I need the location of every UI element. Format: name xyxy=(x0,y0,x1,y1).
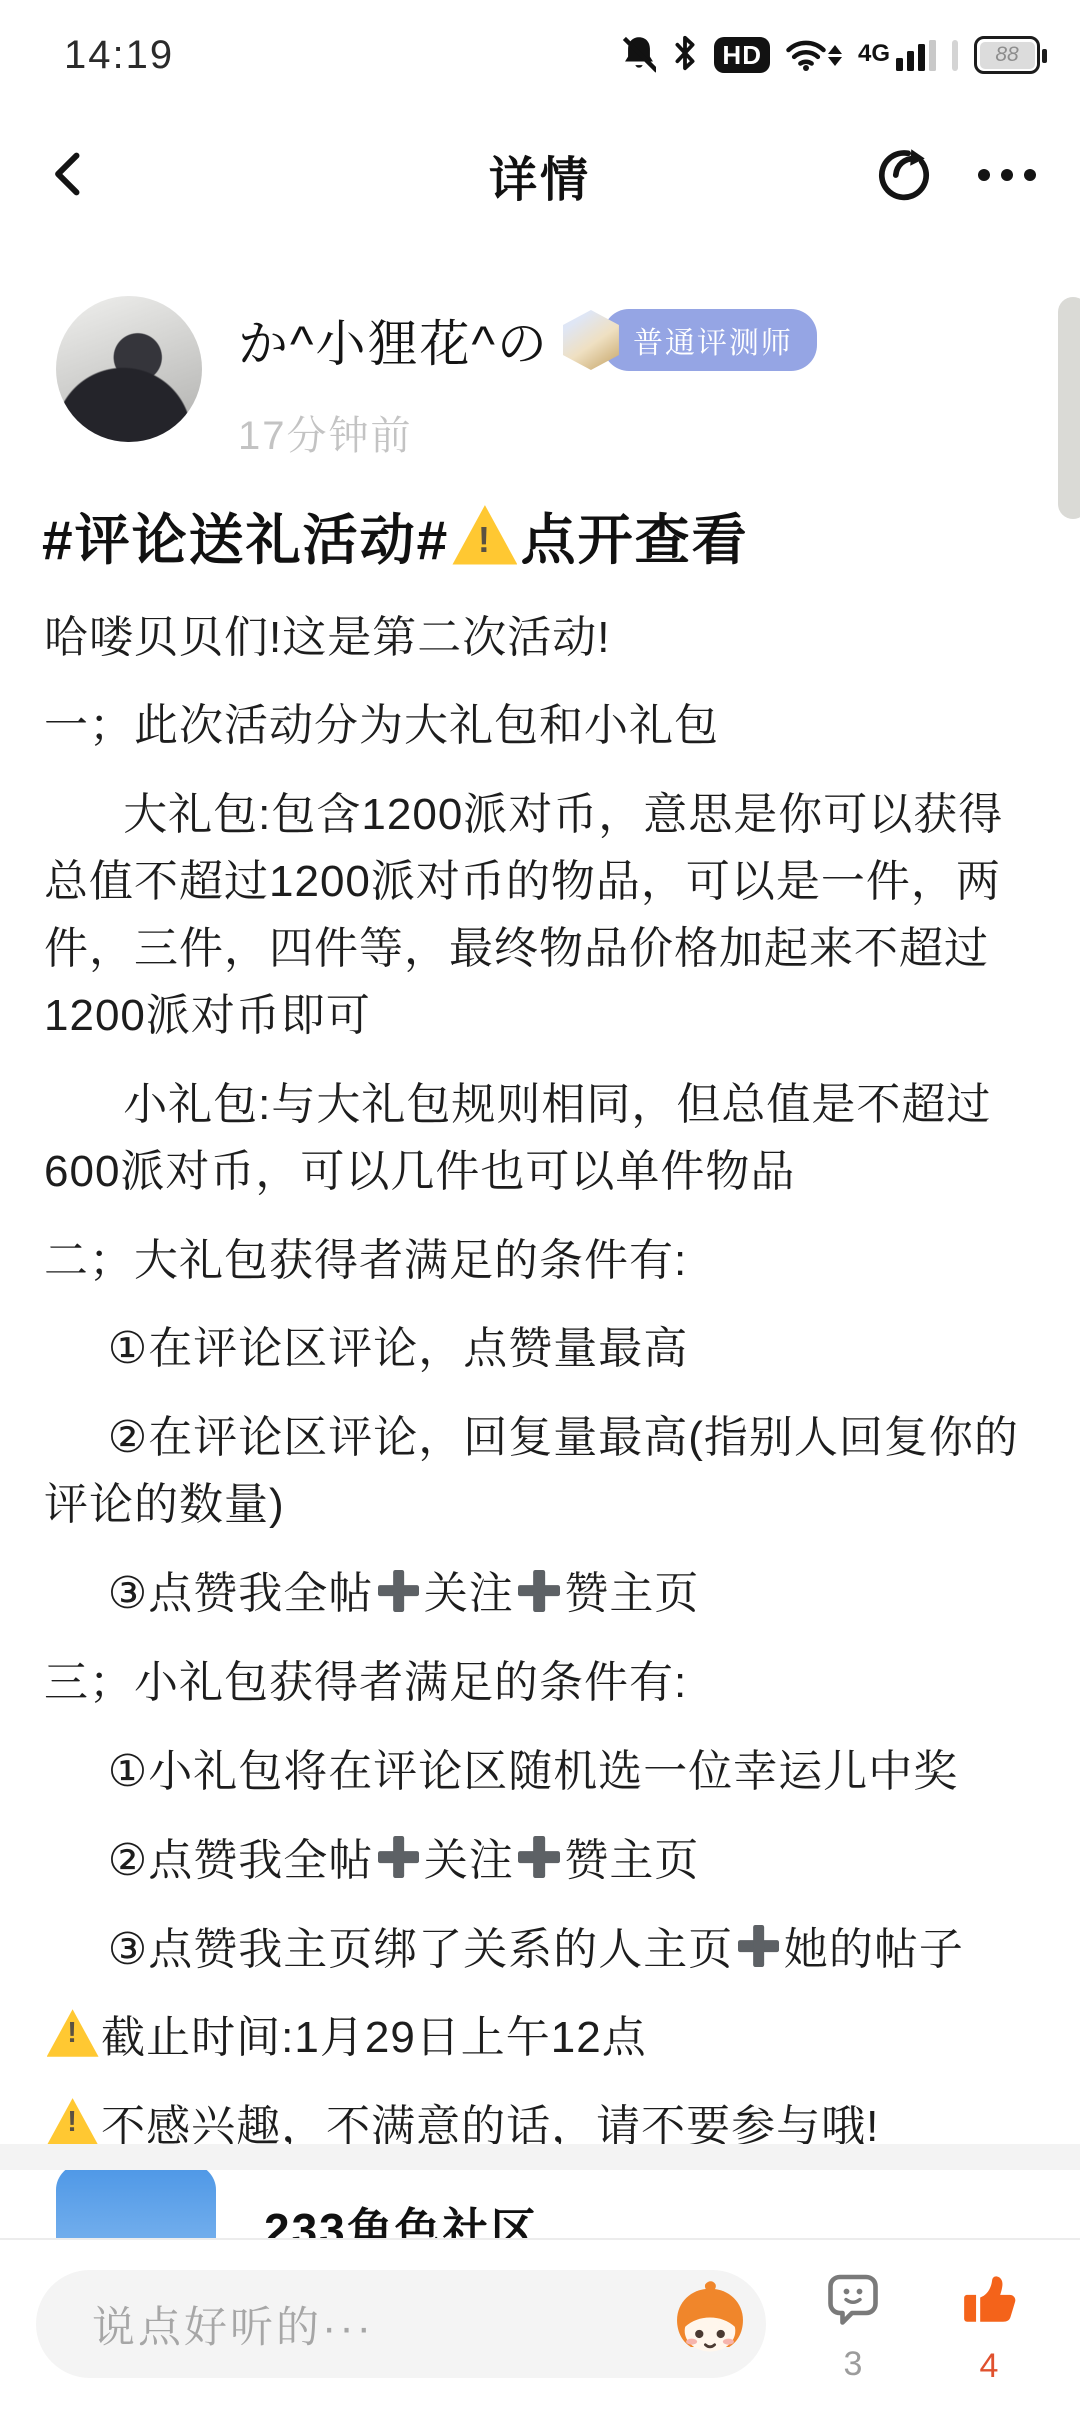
post-paragraph: 二；大礼包获得者满足的条件有: xyxy=(44,1228,1036,1295)
text-segment: ③点赞我主页绑了关系的人主页 xyxy=(108,1925,733,1974)
like-button[interactable]: 4 xyxy=(934,2270,1044,2386)
comment-count: 3 xyxy=(844,2345,863,2384)
comment-input[interactable]: 说点好听的··· xyxy=(36,2270,766,2378)
warning-icon xyxy=(47,2009,99,2057)
comment-bar: 说点好听的··· xyxy=(0,2238,1080,2412)
page-content: 14:19 HD xyxy=(0,0,1080,2144)
post-paragraph: ②点赞我全帖关注赞主页 xyxy=(44,1828,1036,1895)
text-segment: ②点赞我全帖 xyxy=(108,1836,373,1885)
text-segment: 小礼包:与大礼包规则相同，但总值是不超过600派对币，可以几件也可以单件物品 xyxy=(44,1080,991,1196)
notifications-off-icon xyxy=(622,33,656,78)
post-paragraph: ①小礼包将在评论区随机选一位幸运儿中奖 xyxy=(44,1739,1036,1806)
sim2-signal-icon xyxy=(952,40,958,71)
comment-button[interactable]: 3 xyxy=(798,2270,908,2384)
mascot-icon xyxy=(664,2358,756,2373)
battery-level: 88 xyxy=(995,43,1018,67)
warning-icon xyxy=(47,2098,99,2144)
scrollbar[interactable] xyxy=(1058,297,1080,519)
text-segment: 大礼包:包含1200派对币，意思是你可以获得总值不超过1200派对币的物品，可以… xyxy=(44,790,1003,1040)
post-timestamp: 17分钟前 xyxy=(238,404,817,461)
plus-icon xyxy=(378,1836,420,1878)
page-title: 详情 xyxy=(489,141,591,210)
community-name: 233角色社区 xyxy=(264,2194,539,2238)
post-paragraph: 三；小礼包获得者满足的条件有: xyxy=(44,1650,1036,1717)
post-header: か^小狸花^の 普通评测师 17分钟前 xyxy=(56,296,1024,461)
screen: 14:19 HD xyxy=(0,0,1080,2412)
battery-icon: 88 xyxy=(974,36,1040,74)
post-paragraph: 截止时间:1月29日上午12点 xyxy=(44,2005,1036,2072)
text-segment: 关注 xyxy=(424,1836,514,1885)
post: か^小狸花^の 普通评测师 17分钟前 #评论送礼活动#点开查看 哈喽贝贝们!这… xyxy=(0,296,1080,2144)
more-dots-icon xyxy=(978,169,1036,181)
status-icons: HD 4G 88 xyxy=(622,33,1040,78)
badge-label: 普通评测师 xyxy=(603,309,817,371)
hd-icon: HD xyxy=(714,37,770,73)
post-paragraph: 大礼包:包含1200派对币，意思是你可以获得总值不超过1200派对币的物品，可以… xyxy=(44,782,1036,1050)
wifi-traffic-arrows xyxy=(828,45,842,66)
post-paragraph: ②在评论区评论，回复量最高(指别人回复你的评论的数量) xyxy=(44,1405,1036,1539)
post-title[interactable]: #评论送礼活动#点开查看 xyxy=(42,505,1038,577)
post-body: 哈喽贝贝们!这是第二次活动!一；此次活动分为大礼包和小礼包大礼包:包含1200派… xyxy=(44,605,1036,2145)
post-paragraph: 小礼包:与大礼包规则相同，但总值是不超过600派对币，可以几件也可以单件物品 xyxy=(44,1072,1036,1206)
text-segment: 截止时间:1月29日上午12点 xyxy=(101,2013,647,2062)
nav-bar: 详情 xyxy=(0,100,1080,250)
community-row[interactable]: 233角色社区 xyxy=(0,2170,1080,2238)
text-segment: 关注 xyxy=(424,1569,514,1618)
text-segment: ①在评论区评论，点赞量最高 xyxy=(108,1324,688,1373)
post-paragraph: 一；此次活动分为大礼包和小礼包 xyxy=(44,693,1036,760)
chevron-left-icon xyxy=(44,148,96,203)
network-type-label: 4G xyxy=(858,40,890,68)
bluetooth-icon xyxy=(672,34,698,77)
text-segment: 二；大礼包获得者满足的条件有: xyxy=(44,1236,687,1285)
text-segment: ①小礼包将在评论区随机选一位幸运儿中奖 xyxy=(108,1747,958,1796)
more-button[interactable] xyxy=(978,169,1036,181)
community-thumbnail xyxy=(56,2170,216,2238)
text-segment: 她的帖子 xyxy=(784,1925,964,1974)
share-icon xyxy=(872,143,934,208)
post-paragraph: ①在评论区评论，点赞量最高 xyxy=(44,1316,1036,1383)
cellular-signal-icon: 4G xyxy=(858,40,936,71)
text-segment: 不感兴趣，不满意的话，请不要参与哦! xyxy=(101,2102,879,2144)
text-segment: 三；小礼包获得者满足的条件有: xyxy=(44,1658,687,1707)
like-count: 4 xyxy=(980,2347,999,2386)
text-segment: ③点赞我全帖 xyxy=(108,1569,373,1618)
thumbs-up-icon xyxy=(960,2270,1018,2333)
author-name[interactable]: か^小狸花^の xyxy=(238,304,549,376)
plus-icon xyxy=(378,1570,420,1612)
status-time: 14:19 xyxy=(64,33,174,78)
text-segment: 一；此次活动分为大礼包和小礼包 xyxy=(44,701,719,750)
wifi-icon xyxy=(786,38,842,72)
comment-bubble-icon xyxy=(825,2270,881,2331)
plus-icon xyxy=(518,1836,560,1878)
post-paragraph: 哈喽贝贝们!这是第二次活动! xyxy=(44,605,1036,672)
section-divider xyxy=(0,2144,1080,2170)
text-segment: ②在评论区评论，回复量最高(指别人回复你的评论的数量) xyxy=(44,1413,1019,1529)
post-paragraph: ③点赞我全帖关注赞主页 xyxy=(44,1561,1036,1628)
text-segment: 点开查看 xyxy=(521,509,749,571)
author-avatar[interactable] xyxy=(56,296,202,442)
author-badge: 普通评测师 xyxy=(563,309,817,371)
text-segment: 赞主页 xyxy=(564,1569,699,1618)
text-segment: #评论送礼活动# xyxy=(42,509,449,571)
plus-icon xyxy=(738,1925,780,1967)
comment-placeholder: 说点好听的··· xyxy=(92,2294,374,2355)
post-paragraph: ③点赞我主页绑了关系的人主页她的帖子 xyxy=(44,1917,1036,1984)
text-segment: 赞主页 xyxy=(564,1836,699,1885)
post-paragraph: 不感兴趣，不满意的话，请不要参与哦! xyxy=(44,2094,1036,2144)
back-button[interactable] xyxy=(44,148,96,203)
plus-icon xyxy=(518,1570,560,1612)
emoji-mascot-button[interactable] xyxy=(664,2278,756,2370)
status-bar: 14:19 HD xyxy=(0,0,1080,100)
text-segment: 哈喽贝贝们!这是第二次活动! xyxy=(44,613,610,662)
share-button[interactable] xyxy=(872,143,934,208)
warning-icon xyxy=(452,505,517,564)
